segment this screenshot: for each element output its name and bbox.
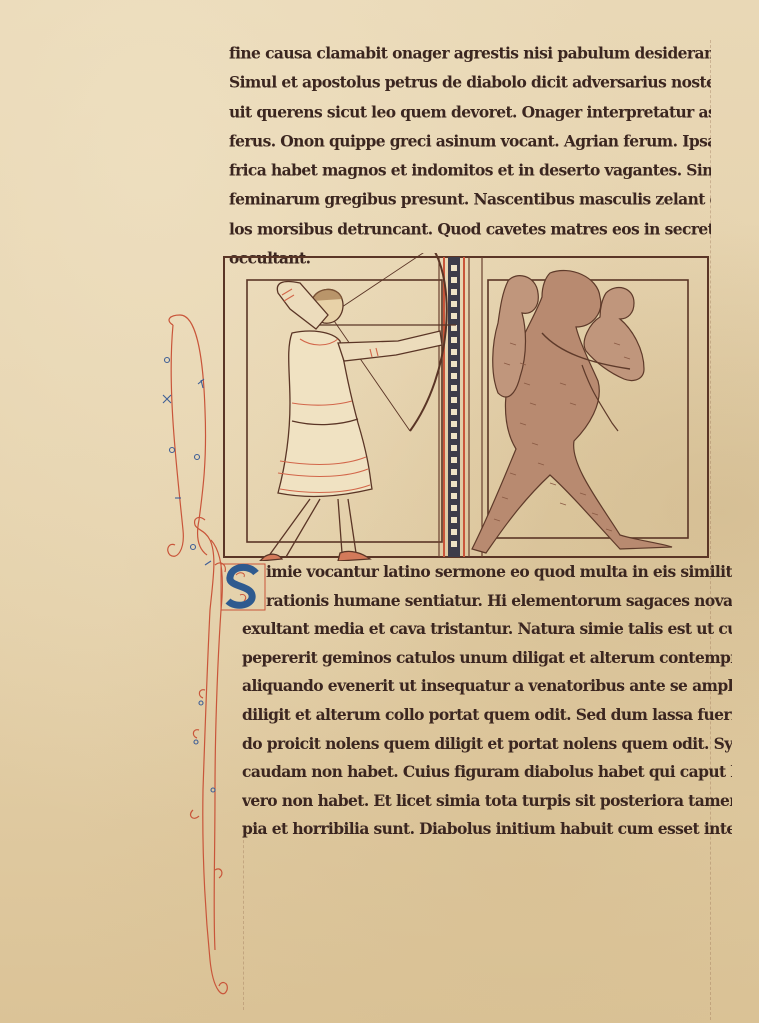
text-line: pepererit geminos catulos unum diligat e… <box>242 643 732 673</box>
text-line: feminarum gregibus presunt. Nascentibus … <box>229 184 711 215</box>
text-line: caudam non habet. Cuius figuram diabolus… <box>242 757 732 787</box>
text-line: do proicit nolens quem diligit et portat… <box>242 729 732 759</box>
illustration-hunter-and-ape <box>220 253 712 561</box>
text-line: uit querens sicut leo quem devoret. Onag… <box>229 96 711 127</box>
text-line: vero non habet. Et licet simia tota turp… <box>242 786 732 816</box>
text-line: exultant media et cava tristantur. Natur… <box>242 614 732 644</box>
text-line: diligit et alterum collo portat quem odi… <box>242 700 732 730</box>
illustration-icon <box>220 253 712 561</box>
text-line: rationis humane sentiatur. Hi elementoru… <box>242 586 732 616</box>
text-line: Simul et apostolus petrus de diabolo dic… <box>229 67 711 98</box>
text-line: imie vocantur latino sermone eo quod mul… <box>242 557 732 587</box>
ape-figure <box>472 270 672 553</box>
text-line: los morsibus detruncant. Quod cavetes ma… <box>229 213 711 244</box>
archer-figure <box>260 253 456 561</box>
text-line: frica habet magnos et indomitos et in de… <box>229 154 711 185</box>
text-block-top: fine causa clamabit onager agrestis nisi… <box>229 38 711 272</box>
text-line: pia et horribilia sunt. Diabolus initium… <box>242 815 732 845</box>
text-line: ferus. Onon quippe greci asinum vocant. … <box>229 125 711 156</box>
text-line: aliquando evenerit ut insequatur a venat… <box>242 672 732 702</box>
text-line: fine causa clamabit onager agrestis nisi… <box>229 37 711 68</box>
manuscript-page: fine causa clamabit onager agrestis nisi… <box>0 0 759 1023</box>
text-block-bottom: imie vocantur latino sermone eo quod mul… <box>242 558 732 844</box>
